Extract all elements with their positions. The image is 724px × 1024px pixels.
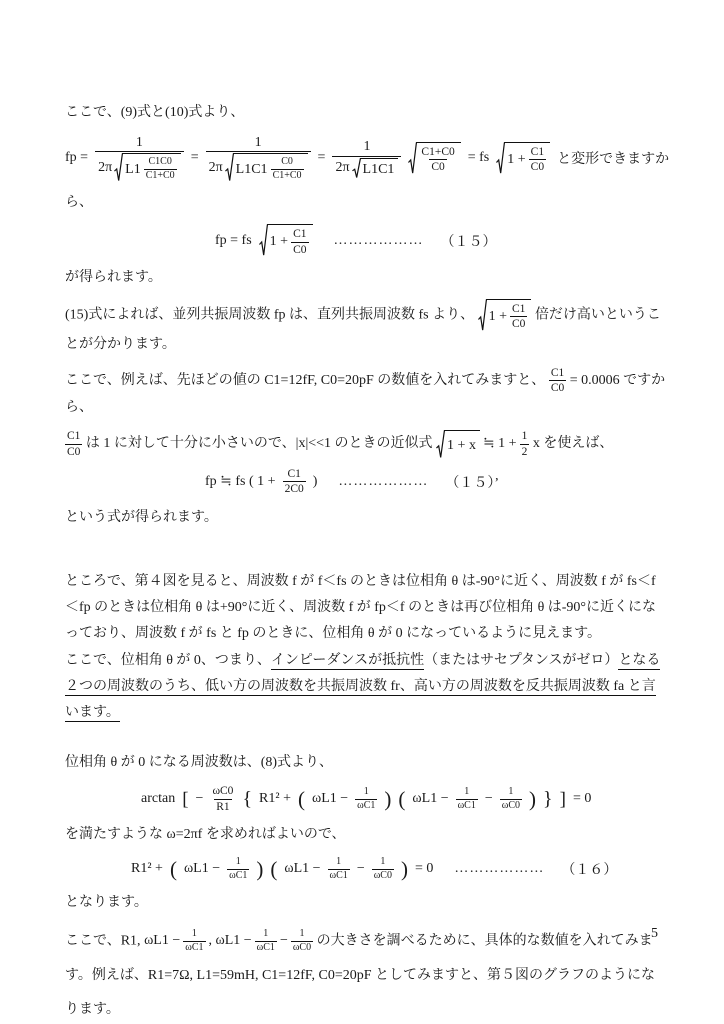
denominator: ωC0 bbox=[372, 869, 394, 883]
equals-sign: = bbox=[191, 150, 199, 166]
denominator: 2π L1 C1C0 C1+C0 bbox=[95, 151, 184, 182]
radicand-term: L1C1 bbox=[363, 161, 395, 179]
denominator: 2 bbox=[520, 444, 530, 459]
dot-leader: ……………… bbox=[454, 861, 544, 877]
radicand-term: L1C1 bbox=[236, 161, 268, 179]
denominator: 2π L1C1 C0 C1+C0 bbox=[206, 151, 311, 182]
fraction-main-1: 1 2π L1 C1C0 C1+C0 bbox=[95, 134, 184, 183]
left-bracket: [ bbox=[182, 790, 188, 809]
numerator: 1 bbox=[334, 856, 343, 869]
right-paren: ) bbox=[401, 859, 408, 880]
radicand-term: 1 + bbox=[507, 152, 525, 168]
paragraph-result-3: となります。 bbox=[65, 890, 666, 916]
term: R1² + bbox=[131, 861, 163, 877]
left-paren: ( bbox=[298, 789, 305, 810]
text-segment: ≒ 1 + bbox=[483, 431, 517, 457]
denominator: C0 bbox=[429, 159, 446, 174]
text-segment: （またはサセプタンスがゼロ） bbox=[424, 653, 618, 668]
right-bracket: ] bbox=[560, 790, 566, 809]
fraction: ωC0 R1 bbox=[210, 784, 235, 814]
paragraph-eq15-meaning: (15)式によれば、並列共振周波数 fp は、直列共振周波数 fs より、 1 … bbox=[65, 299, 666, 358]
denominator: ωC1 bbox=[355, 799, 377, 813]
radicand: L1C1 C0 C1+C0 bbox=[233, 153, 308, 182]
fraction: 1 ωC1 bbox=[183, 928, 205, 954]
equals-zero: = 0 bbox=[573, 791, 591, 807]
denominator: ωC0 bbox=[291, 941, 313, 955]
numerator: 1 bbox=[297, 928, 306, 941]
term: ωL1 − bbox=[412, 791, 448, 807]
equation-15: fp = fs 1 + C1 C0 ……………… （１５） bbox=[215, 224, 666, 257]
right-paren: ) bbox=[384, 789, 391, 810]
radicand: L1C1 bbox=[360, 158, 399, 179]
equation-number: （１６） bbox=[561, 859, 617, 879]
eq-lhs: fp = fs bbox=[215, 233, 252, 249]
denominator: C0 bbox=[510, 316, 527, 331]
denominator: C1+C0 bbox=[271, 169, 304, 183]
fraction: 1 ωC1 bbox=[355, 786, 377, 812]
paragraph-continuation: ら、 bbox=[65, 190, 666, 216]
numerator: C1 bbox=[549, 366, 566, 380]
denominator: C0 bbox=[291, 242, 308, 257]
fraction: C0 C1+C0 bbox=[271, 156, 304, 182]
square-root-result: 1 + C1 C0 bbox=[496, 142, 550, 175]
term: ωL1 − bbox=[312, 791, 348, 807]
page-number: 5 bbox=[651, 926, 658, 942]
numerator: 1 bbox=[506, 786, 515, 799]
numerator: 1 bbox=[253, 134, 264, 152]
inline-math: ωL1 − 1 ωC1 − 1 ωC0 bbox=[216, 924, 314, 958]
term: ωL1 − bbox=[144, 924, 180, 958]
equation-fp-derivation: fp = 1 2π L1 C1C0 C1+C0 = 1 bbox=[65, 134, 666, 183]
numerator: 1 bbox=[378, 856, 387, 869]
numerator: 1 bbox=[234, 856, 243, 869]
radicand-term: 1 + x bbox=[447, 433, 476, 459]
paragraph-result-2: という式が得られます。 bbox=[65, 505, 666, 531]
fraction-main-3: 1 2π L1C1 bbox=[332, 138, 401, 178]
square-root: L1C1 bbox=[352, 158, 399, 179]
square-root: 1 + x bbox=[436, 430, 480, 459]
fraction: 1 ωC1 bbox=[227, 856, 249, 882]
denominator: ωC1 bbox=[227, 869, 249, 883]
numerator: 1 bbox=[462, 786, 471, 799]
fraction: 1 2 bbox=[520, 429, 530, 459]
left-paren: ( bbox=[270, 859, 277, 880]
fraction: C1+C0 C0 bbox=[419, 145, 456, 175]
denominator: ωC0 bbox=[500, 799, 522, 813]
numerator: C1 bbox=[529, 145, 546, 159]
denominator: ωC1 bbox=[456, 799, 478, 813]
radicand: C1+C0 C0 bbox=[416, 142, 460, 175]
coefficient: 2π bbox=[335, 159, 349, 177]
square-root: 1 + C1 C0 bbox=[478, 299, 532, 332]
radicand: 1 + x bbox=[444, 430, 480, 459]
fraction: C1 C0 bbox=[65, 429, 82, 459]
inline-math: 1 + x ≒ 1 + 1 2 bbox=[436, 429, 529, 459]
paragraph-result: が得られます。 bbox=[65, 265, 666, 291]
inline-math: ωL1 − 1 ωC1 , bbox=[144, 924, 212, 958]
numerator: ωC0 bbox=[210, 784, 235, 798]
equation-arctan: arctan [ − ωC0 R1 { R1² + ( ωL1 − 1 ωC1 … bbox=[141, 784, 666, 814]
denominator: C1+C0 bbox=[144, 169, 177, 183]
fraction: C1 C0 bbox=[291, 227, 308, 257]
fraction: C1 2C0 bbox=[283, 467, 306, 497]
equals-sign: = bbox=[318, 150, 326, 166]
term: ωL1 − bbox=[216, 924, 252, 958]
numerator: C1 bbox=[510, 302, 527, 316]
text-segment: は 1 に対して十分に小さいので、|x|<<1 のときの近似式 bbox=[86, 436, 433, 451]
equals-zero: = 0 bbox=[415, 861, 433, 877]
paragraph-resonance-definition: ここで、位相角 θ が 0、つまり、インピーダンスが抵抗性（またはサセプタンスが… bbox=[65, 648, 666, 727]
equation-16: R1² + ( ωL1 − 1 ωC1 ) ( ωL1 − 1 ωC1 − 1 … bbox=[131, 856, 666, 882]
paragraph-phase-observation: ところで、第４図を見ると、周波数 f が f＜fs のときは位相角 θ は-90… bbox=[65, 569, 666, 648]
inline-math: 1 + C1 C0 bbox=[478, 299, 532, 332]
right-paren: ) bbox=[529, 789, 536, 810]
term: ωL1 − bbox=[284, 861, 320, 877]
underlined-text: インピーダンスが抵抗性 bbox=[271, 653, 424, 670]
denominator: ωC1 bbox=[255, 941, 277, 955]
minus-sign: − bbox=[280, 924, 288, 958]
numerator: 1 bbox=[361, 138, 372, 156]
minus-sign: − bbox=[357, 861, 365, 877]
fraction: 1 ωC1 bbox=[456, 786, 478, 812]
numerator: 1 bbox=[362, 786, 371, 799]
radicand-term: 1 + bbox=[489, 304, 507, 330]
left-paren: ( bbox=[398, 789, 405, 810]
numerator: C1C0 bbox=[147, 156, 174, 169]
radicand: 1 + C1 C0 bbox=[504, 142, 550, 175]
equation-tail-text: と変形できますか bbox=[557, 148, 669, 168]
numerator: C0 bbox=[279, 156, 295, 169]
text-segment: x を使えば、 bbox=[533, 436, 614, 451]
fraction: C1C0 C1+C0 bbox=[144, 156, 177, 182]
fraction: C1 C0 bbox=[549, 366, 566, 396]
right-brace: } bbox=[543, 789, 553, 809]
radicand: 1 + C1 C0 bbox=[486, 299, 532, 332]
minus-sign: − bbox=[485, 791, 493, 807]
numerator: C1+C0 bbox=[419, 145, 456, 159]
eq-lhs: fp = bbox=[65, 150, 88, 166]
document-page: ここで、(9)式と(10)式より、 fp = 1 2π L1 C1C0 C1+C… bbox=[0, 0, 724, 1024]
paragraph-omega: を満たすような ω=2πf を求めればよいので、 bbox=[65, 822, 666, 848]
closing-paren: ) bbox=[313, 474, 318, 490]
text-segment: ここで、例えば、先ほどの値の C1=12fF, C0=20pF の数値を入れてみ… bbox=[65, 373, 545, 388]
left-brace: { bbox=[242, 789, 252, 809]
paragraph-numeric-example: ここで、例えば、先ほどの値の C1=12fF, C0=20pF の数値を入れてみ… bbox=[65, 366, 666, 422]
numerator: 1 bbox=[190, 928, 199, 941]
fraction: C1 C0 bbox=[510, 302, 527, 332]
numerator: 1 bbox=[134, 134, 145, 152]
fraction: 1 ωC0 bbox=[291, 928, 313, 954]
radicand: L1 C1C0 C1+C0 bbox=[122, 153, 181, 182]
fraction: 1 ωC1 bbox=[328, 856, 350, 882]
minus-sign: − bbox=[196, 791, 204, 807]
eq-lhs: fp ≒ fs ( 1 + bbox=[205, 473, 276, 490]
equation-number: （１５） bbox=[441, 231, 497, 251]
denominator: ωC1 bbox=[183, 941, 205, 955]
text-segment: ここで、R1, bbox=[65, 933, 141, 948]
text-segment: (15)式によれば、並列共振周波数 fp は、直列共振周波数 fs より、 bbox=[65, 308, 474, 323]
fraction: 1 ωC0 bbox=[500, 786, 522, 812]
denominator: 2C0 bbox=[283, 481, 306, 496]
coefficient: 2π bbox=[98, 159, 112, 177]
left-paren: ( bbox=[170, 859, 177, 880]
fraction: C1 C0 bbox=[529, 145, 546, 175]
term: R1² + bbox=[259, 791, 291, 807]
right-paren: ) bbox=[256, 859, 263, 880]
fraction: 1 ωC1 bbox=[255, 928, 277, 954]
radicand: 1 + C1 C0 bbox=[267, 224, 313, 257]
paragraph-concrete-values: ここで、R1, ωL1 − 1 ωC1 , ωL1 − 1 ωC1 − 1 ωC… bbox=[65, 924, 666, 1024]
denominator: C0 bbox=[529, 159, 546, 174]
numerator: C1 bbox=[65, 429, 82, 443]
equals-fs: = fs bbox=[468, 150, 490, 166]
numerator: 1 bbox=[261, 928, 270, 941]
equation-number: （１５）’ bbox=[445, 472, 499, 492]
square-root: L1C1 C0 C1+C0 bbox=[225, 153, 308, 182]
function-name: arctan bbox=[141, 791, 175, 807]
numerator: 1 bbox=[520, 429, 530, 443]
radicand-term: L1 bbox=[125, 161, 141, 179]
paragraph-intro: ここで、(9)式と(10)式より、 bbox=[65, 100, 666, 126]
term: ωL1 − bbox=[184, 861, 220, 877]
equation-15-prime: fp ≒ fs ( 1 + C1 2C0 ) ……………… （１５）’ bbox=[205, 467, 666, 497]
numerator: C1 bbox=[291, 227, 308, 241]
denominator: C0 bbox=[65, 444, 82, 459]
dot-leader: ……………… bbox=[334, 233, 424, 249]
square-root: L1 C1C0 C1+C0 bbox=[114, 153, 181, 182]
denominator: 2π L1C1 bbox=[332, 156, 401, 179]
square-root: 1 + C1 C0 bbox=[259, 224, 313, 257]
fraction: 1 ωC0 bbox=[372, 856, 394, 882]
coefficient: 2π bbox=[209, 159, 223, 177]
denominator: R1 bbox=[214, 799, 231, 814]
denominator: ωC1 bbox=[328, 869, 350, 883]
square-root-ratio: C1+C0 C0 bbox=[408, 142, 460, 175]
paragraph-phase-zero: 位相角 θ が 0 になる周波数は、(8)式より、 bbox=[65, 750, 666, 776]
denominator: C0 bbox=[549, 380, 566, 395]
text-segment: ここで、位相角 θ が 0、つまり、 bbox=[65, 653, 271, 668]
radicand-term: 1 + bbox=[270, 234, 288, 250]
paragraph-approximation: C1 C0 は 1 に対して十分に小さいので、|x|<<1 のときの近似式 1 … bbox=[65, 429, 666, 459]
comma: , bbox=[209, 924, 213, 958]
numerator: C1 bbox=[285, 467, 302, 481]
dot-leader: ……………… bbox=[338, 474, 428, 490]
fraction-main-2: 1 2π L1C1 C0 C1+C0 bbox=[206, 134, 311, 183]
